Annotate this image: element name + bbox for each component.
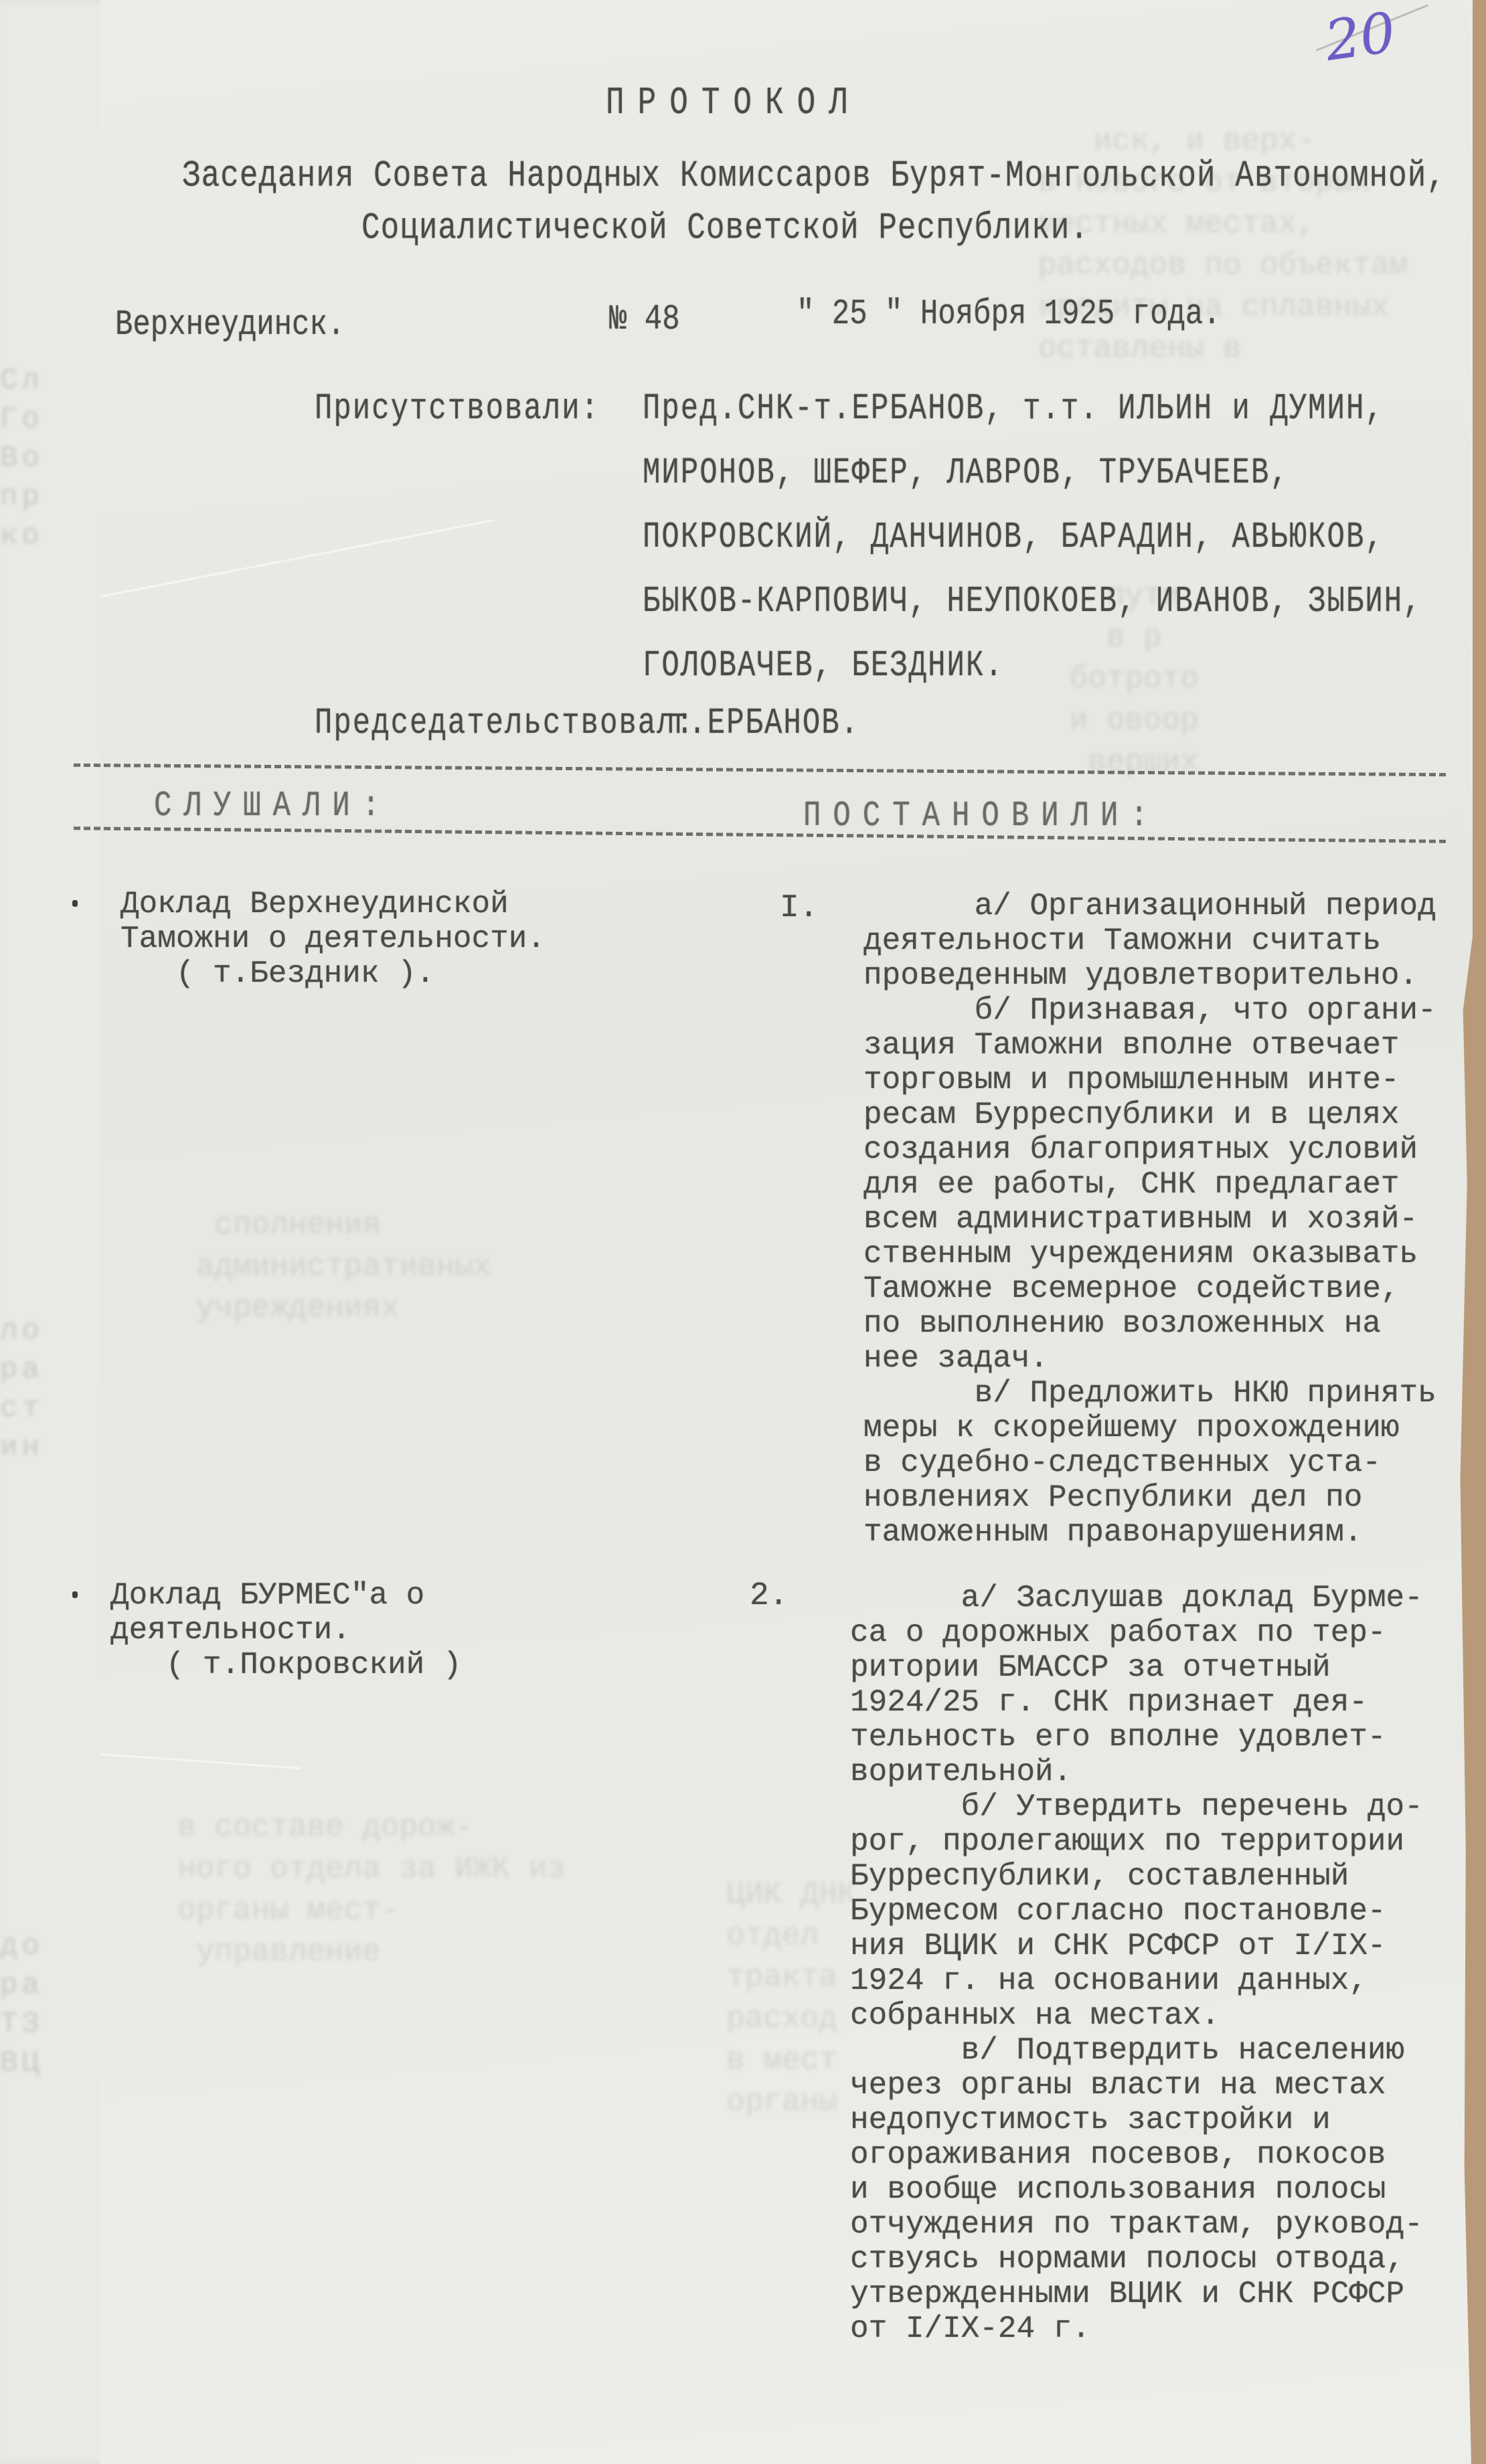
resolved-line: в/ Предложить НКЮ принять — [863, 1376, 1436, 1411]
resolved-line: огораживания посевов, покосов — [850, 2137, 1423, 2172]
resolved-line: деятельности Таможни считать — [863, 923, 1436, 958]
resolved-line: тельность его вполне удовлет- — [850, 1720, 1423, 1755]
document-title: ПРОТОКОЛ — [606, 82, 861, 125]
resolved-line: через органы власти на местах — [850, 2068, 1423, 2103]
heard-line: ( т.Покровский ) — [110, 1648, 462, 1682]
margin-mark — [72, 1591, 78, 1598]
resolved-line: для ее работы, СНК предлагает — [863, 1167, 1436, 1202]
resolved-line: Таможне всемерное содействие, — [863, 1271, 1436, 1306]
chair-label: Председательствовал: — [315, 703, 695, 745]
resolved-line: в/ Подтвердить населению — [850, 2033, 1423, 2068]
attendance-line: БЫКОВ-КАРПОВИЧ, НЕУПОКОЕВ, ИВАНОВ, ЗЫБИН… — [643, 581, 1422, 623]
resolved-line: проведенным удовлетворительно. — [863, 958, 1436, 993]
resolved-line: ния ВЦИК и СНК РСФСР от I/IX- — [850, 1929, 1423, 1963]
resolved-line: ствуясь нормами полосы отвода, — [850, 2242, 1423, 2277]
resolved-line: 1924 г. на основании данных, — [850, 1963, 1423, 1998]
resolved-line: создания благоприятных условий — [863, 1132, 1436, 1167]
resolved-line: б/ Признавая, что органи- — [863, 993, 1436, 1028]
resolved-line: Бурмесом согласно постановле- — [850, 1894, 1423, 1929]
heard-line: деятельности. — [110, 1613, 462, 1648]
resolved-line: в судебно-следственных уста- — [863, 1445, 1436, 1480]
column-heard-heading: СЛУШАЛИ: — [154, 786, 392, 826]
item-1-resolved: а/ Организационный период деятельности Т… — [863, 889, 1436, 1550]
item-1-number: I. — [780, 890, 819, 926]
heard-line: Таможни о деятельности. — [120, 921, 546, 956]
resolved-line: от I/IX-24 г. — [850, 2311, 1423, 2346]
show-through-text: в составе дорож- ного отдела за ИЖК из о… — [141, 1807, 566, 1973]
item-2-heard: Доклад БУРМЕС"а о деятельности. ( т.Покр… — [110, 1578, 462, 1682]
resolved-line: ворительной. — [850, 1755, 1423, 1789]
paper-crease — [100, 519, 495, 598]
city: Верхнеудинск. — [115, 305, 345, 345]
resolved-line: по выполнению возложенных на — [863, 1306, 1436, 1341]
resolved-line: и вообще использования полосы — [850, 2172, 1423, 2207]
heard-line: Доклад БУРМЕС"а о — [110, 1578, 462, 1613]
item-2-resolved: а/ Заслушав доклад Бурме- са о дорожных … — [850, 1581, 1423, 2346]
resolved-line: б/ Утвердить перечень до- — [850, 1789, 1423, 1824]
heard-line: Доклад Верхнеудинской — [120, 887, 546, 921]
column-resolved-heading: ПОСТАНОВИЛИ: — [803, 796, 1160, 837]
document-subtitle-line1: Заседания Совета Народных Комиссаров Бур… — [182, 155, 1446, 197]
resolved-line: ресам Бурреспублики и в целях — [863, 1097, 1436, 1132]
document-subtitle-line2: Социалистической Советской Республики. — [361, 207, 1089, 249]
folio-number: 20 — [1321, 1, 1400, 74]
chair-name: т.ЕРБАНОВ. — [669, 703, 859, 745]
resolved-line: 1924/25 г. СНК признает дея- — [850, 1685, 1423, 1720]
item-2-number: 2. — [750, 1578, 789, 1614]
show-through-text: сполнения административных учреждениях — [141, 1205, 492, 1329]
resolved-line: утвержденными ВЦИК и СНК РСФСР — [850, 2277, 1423, 2311]
resolved-line: отчуждения по трактам, руковод- — [850, 2207, 1423, 2242]
resolved-line: новлениях Республики дел по — [863, 1480, 1436, 1515]
resolved-line: недопустимость застройки и — [850, 2103, 1423, 2137]
resolved-line: а/ Заслушав доклад Бурме- — [850, 1581, 1423, 1615]
resolved-line: меры к скорейшему прохождению — [863, 1411, 1436, 1445]
show-through-text: ЦИК ДНК отдел тракта расход в мест орган… — [689, 1874, 855, 2123]
heard-line: ( т.Бездник ). — [120, 956, 546, 991]
resolved-line: ритории БМАССР за отчетный — [850, 1650, 1423, 1685]
resolved-line: а/ Организационный период — [863, 889, 1436, 923]
attendance-line: ПОКРОВСКИЙ, ДАНЧИНОВ, БАРАДИН, АВЬЮКОВ, — [643, 517, 1384, 559]
resolved-line: таможенным правонарушениям. — [863, 1515, 1436, 1550]
resolved-line: Бурреспублики, составленный — [850, 1859, 1423, 1894]
attendance-line: Пред.СНК-т.ЕРБАНОВ, т.т. ИЛЬИН и ДУМИН, — [643, 388, 1384, 430]
resolved-line: ственным учреждениям оказывать — [863, 1237, 1436, 1271]
resolved-line: собранных на местах. — [850, 1998, 1423, 2033]
attendance-label: Присутствовали: — [315, 388, 600, 430]
resolved-line: всем административным и хозяй- — [863, 1202, 1436, 1237]
paper-crease — [100, 1753, 301, 1769]
resolved-line: торговым и промышленным инте- — [863, 1063, 1436, 1097]
resolved-line: са о дорожных работах по тер- — [850, 1615, 1423, 1650]
resolved-line: зация Таможни вполне отвечает — [863, 1028, 1436, 1063]
resolved-line: рог, пролегающих по территории — [850, 1824, 1423, 1859]
attendance-line: ГОЛОВАЧЕВ, БЕЗДНИК. — [643, 645, 1004, 687]
protocol-number: № 48 — [609, 300, 680, 340]
protocol-date: " 25 " Ноября 1925 года. — [797, 294, 1221, 335]
resolved-line: нее задач. — [863, 1341, 1436, 1376]
attendance-line: МИРОНОВ, ШЕФЕР, ЛАВРОВ, ТРУБАЧЕЕВ, — [643, 452, 1289, 495]
margin-mark — [72, 900, 78, 907]
item-1-heard: Доклад Верхнеудинской Таможни о деятельн… — [120, 887, 546, 991]
